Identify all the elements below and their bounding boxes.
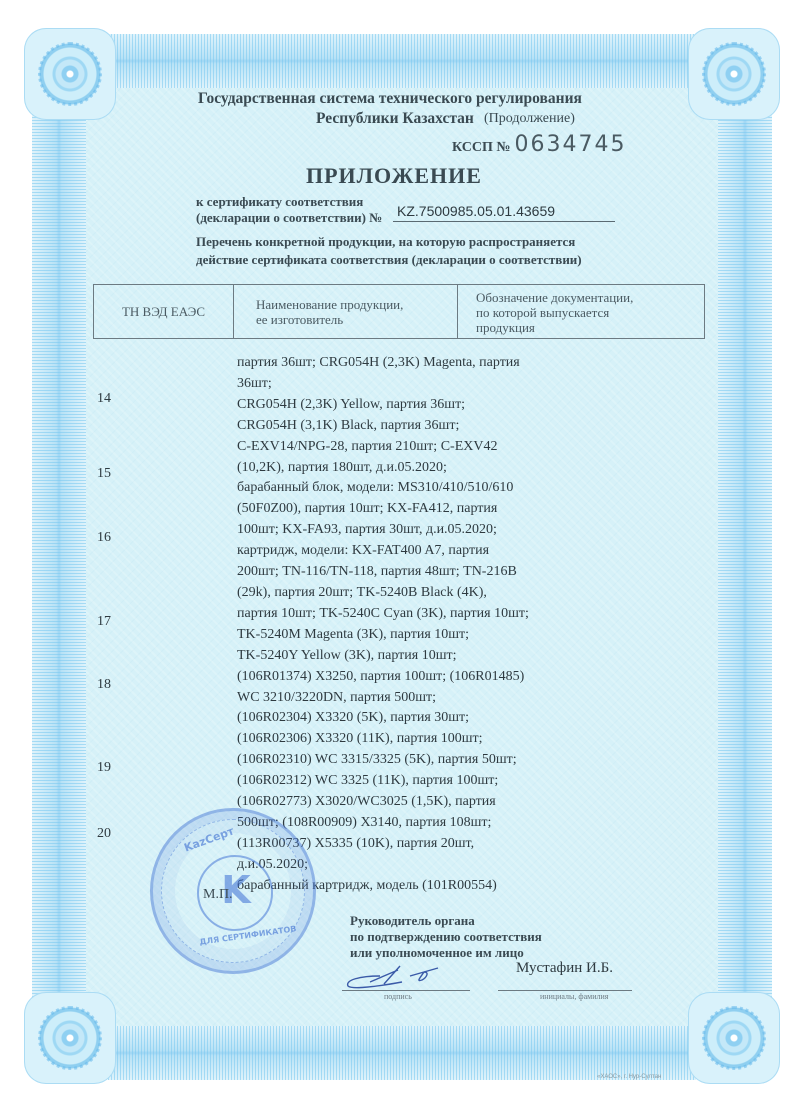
kssp-number: КССП №0634745 — [452, 132, 626, 157]
kssp-value: 0634745 — [514, 132, 626, 157]
row-number: 16 — [97, 530, 111, 546]
continuation-label: (Продолжение) — [484, 111, 575, 127]
signature-block-line-3: или уполномоченное им лицо — [350, 945, 542, 961]
description-line: C-EXV14/NPG-28, партия 210шт; C-EXV42 — [237, 437, 597, 458]
header-line-1: Государственная система технического рег… — [198, 90, 618, 108]
certificate-label-line-2: (декларации о соответствии) № — [196, 210, 382, 226]
signature-block: Руководитель органа по подтверждению соо… — [350, 913, 542, 961]
description-line: барабанный блок, модели: MS310/410/510/6… — [237, 478, 597, 499]
description-line: WC 3210/3220DN, партия 500шт; — [237, 688, 597, 709]
printer-note: «ХАОС», г. Нур-Султан — [597, 1074, 661, 1080]
column-header-documentation-line: продукция — [476, 320, 704, 335]
name-line — [498, 990, 632, 991]
column-header-product: Наименование продукции, ее изготовитель — [234, 285, 458, 338]
row-number: 20 — [97, 826, 111, 842]
name-caption: инициалы, фамилия — [540, 992, 608, 1001]
description-line: TK-5240M Magenta (3K), партия 10шт; — [237, 625, 597, 646]
row-number: 18 — [97, 677, 111, 693]
description-line: 100шт; KX-FA93, партия 30шт, д.и.05.2020… — [237, 520, 597, 541]
description-line: (106R01374) X3250, партия 100шт; (106R01… — [237, 667, 597, 688]
signature-block-line-1: Руководитель органа — [350, 913, 542, 929]
document-content: Государственная система технического рег… — [0, 0, 800, 1110]
mp-label: М.П. — [203, 887, 233, 903]
description-line: картридж, модели: KX-FAT400 A7, партия — [237, 541, 597, 562]
header-line-2: Республики Казахстан — [316, 110, 474, 128]
certificate-label-line-1: к сертификату соответствия — [196, 194, 382, 210]
column-header-product-line: ее изготовитель — [256, 312, 457, 327]
table-header: ТН ВЭД ЕАЭС Наименование продукции, ее и… — [93, 284, 705, 339]
certificate-number: KZ.7500985.05.01.43659 — [393, 203, 615, 222]
column-header-product-line: Наименование продукции, — [256, 297, 457, 312]
signature-block-line-2: по подтверждению соответствия — [350, 929, 542, 945]
description-line: (106R02304) X3320 (5K), партия 30шт; — [237, 708, 597, 729]
signature-icon — [340, 962, 460, 992]
description-line: 36шт; — [237, 374, 597, 395]
column-header-tnved-label: ТН ВЭД ЕАЭС — [122, 304, 205, 319]
column-header-documentation-line: по которой выпускается — [476, 305, 704, 320]
description-line: (106R02310) WC 3315/3325 (5K), партия 50… — [237, 750, 597, 771]
description-line: (106R02306) X3320 (11K), партия 100шт; — [237, 729, 597, 750]
list-intro: Перечень конкретной продукции, на котору… — [196, 233, 582, 269]
description-line: TK-5240Y Yellow (3K), партия 10шт; — [237, 646, 597, 667]
list-intro-line-1: Перечень конкретной продукции, на котору… — [196, 233, 582, 251]
kssp-label: КССП № — [452, 140, 510, 155]
description-line: (29k), партия 20шт; TK-5240B Black (4K), — [237, 583, 597, 604]
description-line: CRG054H (2,3K) Yellow, партия 36шт; — [237, 395, 597, 416]
certificate-label: к сертификату соответствия (декларации о… — [196, 194, 382, 226]
column-header-documentation-line: Обозначение документации, — [476, 290, 704, 305]
row-number: 15 — [97, 466, 111, 482]
column-header-tnved: ТН ВЭД ЕАЭС — [94, 285, 234, 338]
official-stamp: KazСерт K ДЛЯ СЕРТИФИКАТОВ — [150, 808, 316, 974]
description-line: (106R02773) X3020/WC3025 (1,5K), партия — [237, 792, 597, 813]
row-number: 17 — [97, 614, 111, 630]
row-number: 14 — [97, 391, 111, 407]
row-number: 19 — [97, 760, 111, 776]
product-description: партия 36шт; CRG054H (2,3K) Magenta, пар… — [237, 353, 597, 897]
description-line: (50F0Z00), партия 10шт; KX-FA412, партия — [237, 499, 597, 520]
description-line: партия 36шт; CRG054H (2,3K) Magenta, пар… — [237, 353, 597, 374]
list-intro-line-2: действие сертификата соответствия (декла… — [196, 251, 582, 269]
description-line: (106R02312) WC 3325 (11K), партия 100шт; — [237, 771, 597, 792]
signature-line — [342, 990, 470, 991]
signature-caption: подпись — [384, 992, 412, 1001]
signer-name: Мустафин И.Б. — [516, 960, 613, 977]
description-line: (10,2K), партия 180шт, д.и.05.2020; — [237, 458, 597, 479]
page-title: ПРИЛОЖЕНИЕ — [306, 163, 482, 189]
description-line: 200шт; TN-116/TN-118, партия 48шт; TN-21… — [237, 562, 597, 583]
description-line: CRG054H (3,1K) Black, партия 36шт; — [237, 416, 597, 437]
column-header-documentation: Обозначение документации, по которой вып… — [458, 285, 704, 338]
description-line: партия 10шт; TK-5240C Cyan (3K), партия … — [237, 604, 597, 625]
